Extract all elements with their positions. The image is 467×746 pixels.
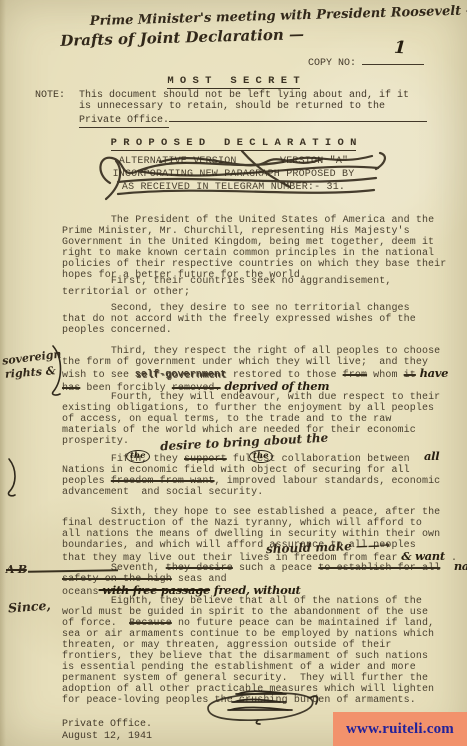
fifth-struck-text: support	[184, 454, 227, 465]
seventh-struck-text: to establish for all	[318, 563, 440, 574]
note-underlined-text: Private Office.	[79, 115, 169, 128]
note-body-text: This document should not be left lying a…	[79, 90, 409, 112]
footer-date: August 12, 1941	[62, 731, 152, 742]
seventh-handwritten-insertion: natns.	[454, 561, 467, 572]
classification-heading-wrap: M O S T S E C R E T	[0, 70, 467, 88]
fifth-struck-text: freedom from want	[111, 476, 215, 487]
heading-scribble-icon	[94, 147, 394, 211]
margin-note-rights: rights &	[4, 362, 56, 383]
sixth-handwritten-insertion: & want	[398, 549, 445, 563]
seventh-margin-handwriting: A B	[6, 561, 27, 579]
eighth-struck-text: Because	[129, 618, 172, 629]
paragraph-third: Third, they respect the right of all peo…	[62, 346, 460, 394]
third-overwritten-text: self-government	[135, 370, 227, 381]
margin-bracket-third-icon	[50, 344, 66, 396]
seventh-struck-text: they desire	[166, 563, 233, 574]
seventh-text: such a peace	[233, 563, 318, 574]
crossed-out-signature-scribble-icon	[198, 686, 326, 724]
copy-number-value: 1	[393, 40, 406, 58]
watermark: www.ruiteli.com	[333, 712, 467, 746]
paragraph-sixth: Sixth, they hope to see established a pe…	[62, 507, 460, 564]
fifth-circled-the-1: the	[126, 450, 150, 463]
third-text: whom	[367, 370, 404, 381]
footer: Private Office.August 12, 1941	[62, 719, 152, 742]
security-note: NOTE: This document should not be left l…	[35, 90, 443, 126]
footer-office: Private Office.	[62, 719, 152, 730]
note-body: This document should not be left lying a…	[79, 90, 443, 126]
fifth-text: Fifth, they	[62, 454, 184, 465]
note-label: NOTE:	[35, 90, 79, 126]
watermark-text: www.ruiteli.com	[346, 722, 454, 737]
margin-bracket-fifth-icon	[6, 458, 20, 498]
note-trailing-rule	[169, 112, 427, 122]
scanned-document-page: Prime Minister's meeting with President …	[0, 0, 467, 746]
seventh-handwritten-insertion: freed, without	[210, 583, 300, 597]
copy-number: COPY NO:	[308, 55, 424, 69]
third-handwritten-insertion: have	[416, 366, 448, 380]
paragraph-second: Second, they desire to see no territoria…	[62, 303, 460, 336]
paragraph-intro: The President of the United States of Am…	[62, 215, 460, 281]
copy-number-label: COPY NO:	[308, 58, 356, 69]
fifth-handwritten-insertion: all	[424, 451, 439, 462]
seventh-struck-handwriting: with free passage	[99, 583, 210, 597]
third-struck-text: it	[404, 370, 416, 381]
paragraph-first: First, their countries seek no aggrandis…	[62, 276, 460, 298]
classification-heading: M O S T S E C R E T	[167, 75, 299, 89]
third-handwritten-insertion: deprived of them	[221, 379, 330, 393]
third-struck-text: from	[343, 370, 367, 381]
fifth-circled-the-2: the	[249, 450, 273, 463]
eighth-margin-handwriting: Since,	[7, 597, 51, 618]
paragraph-seventh: Seventh, they desire such a peace to est…	[62, 563, 460, 598]
